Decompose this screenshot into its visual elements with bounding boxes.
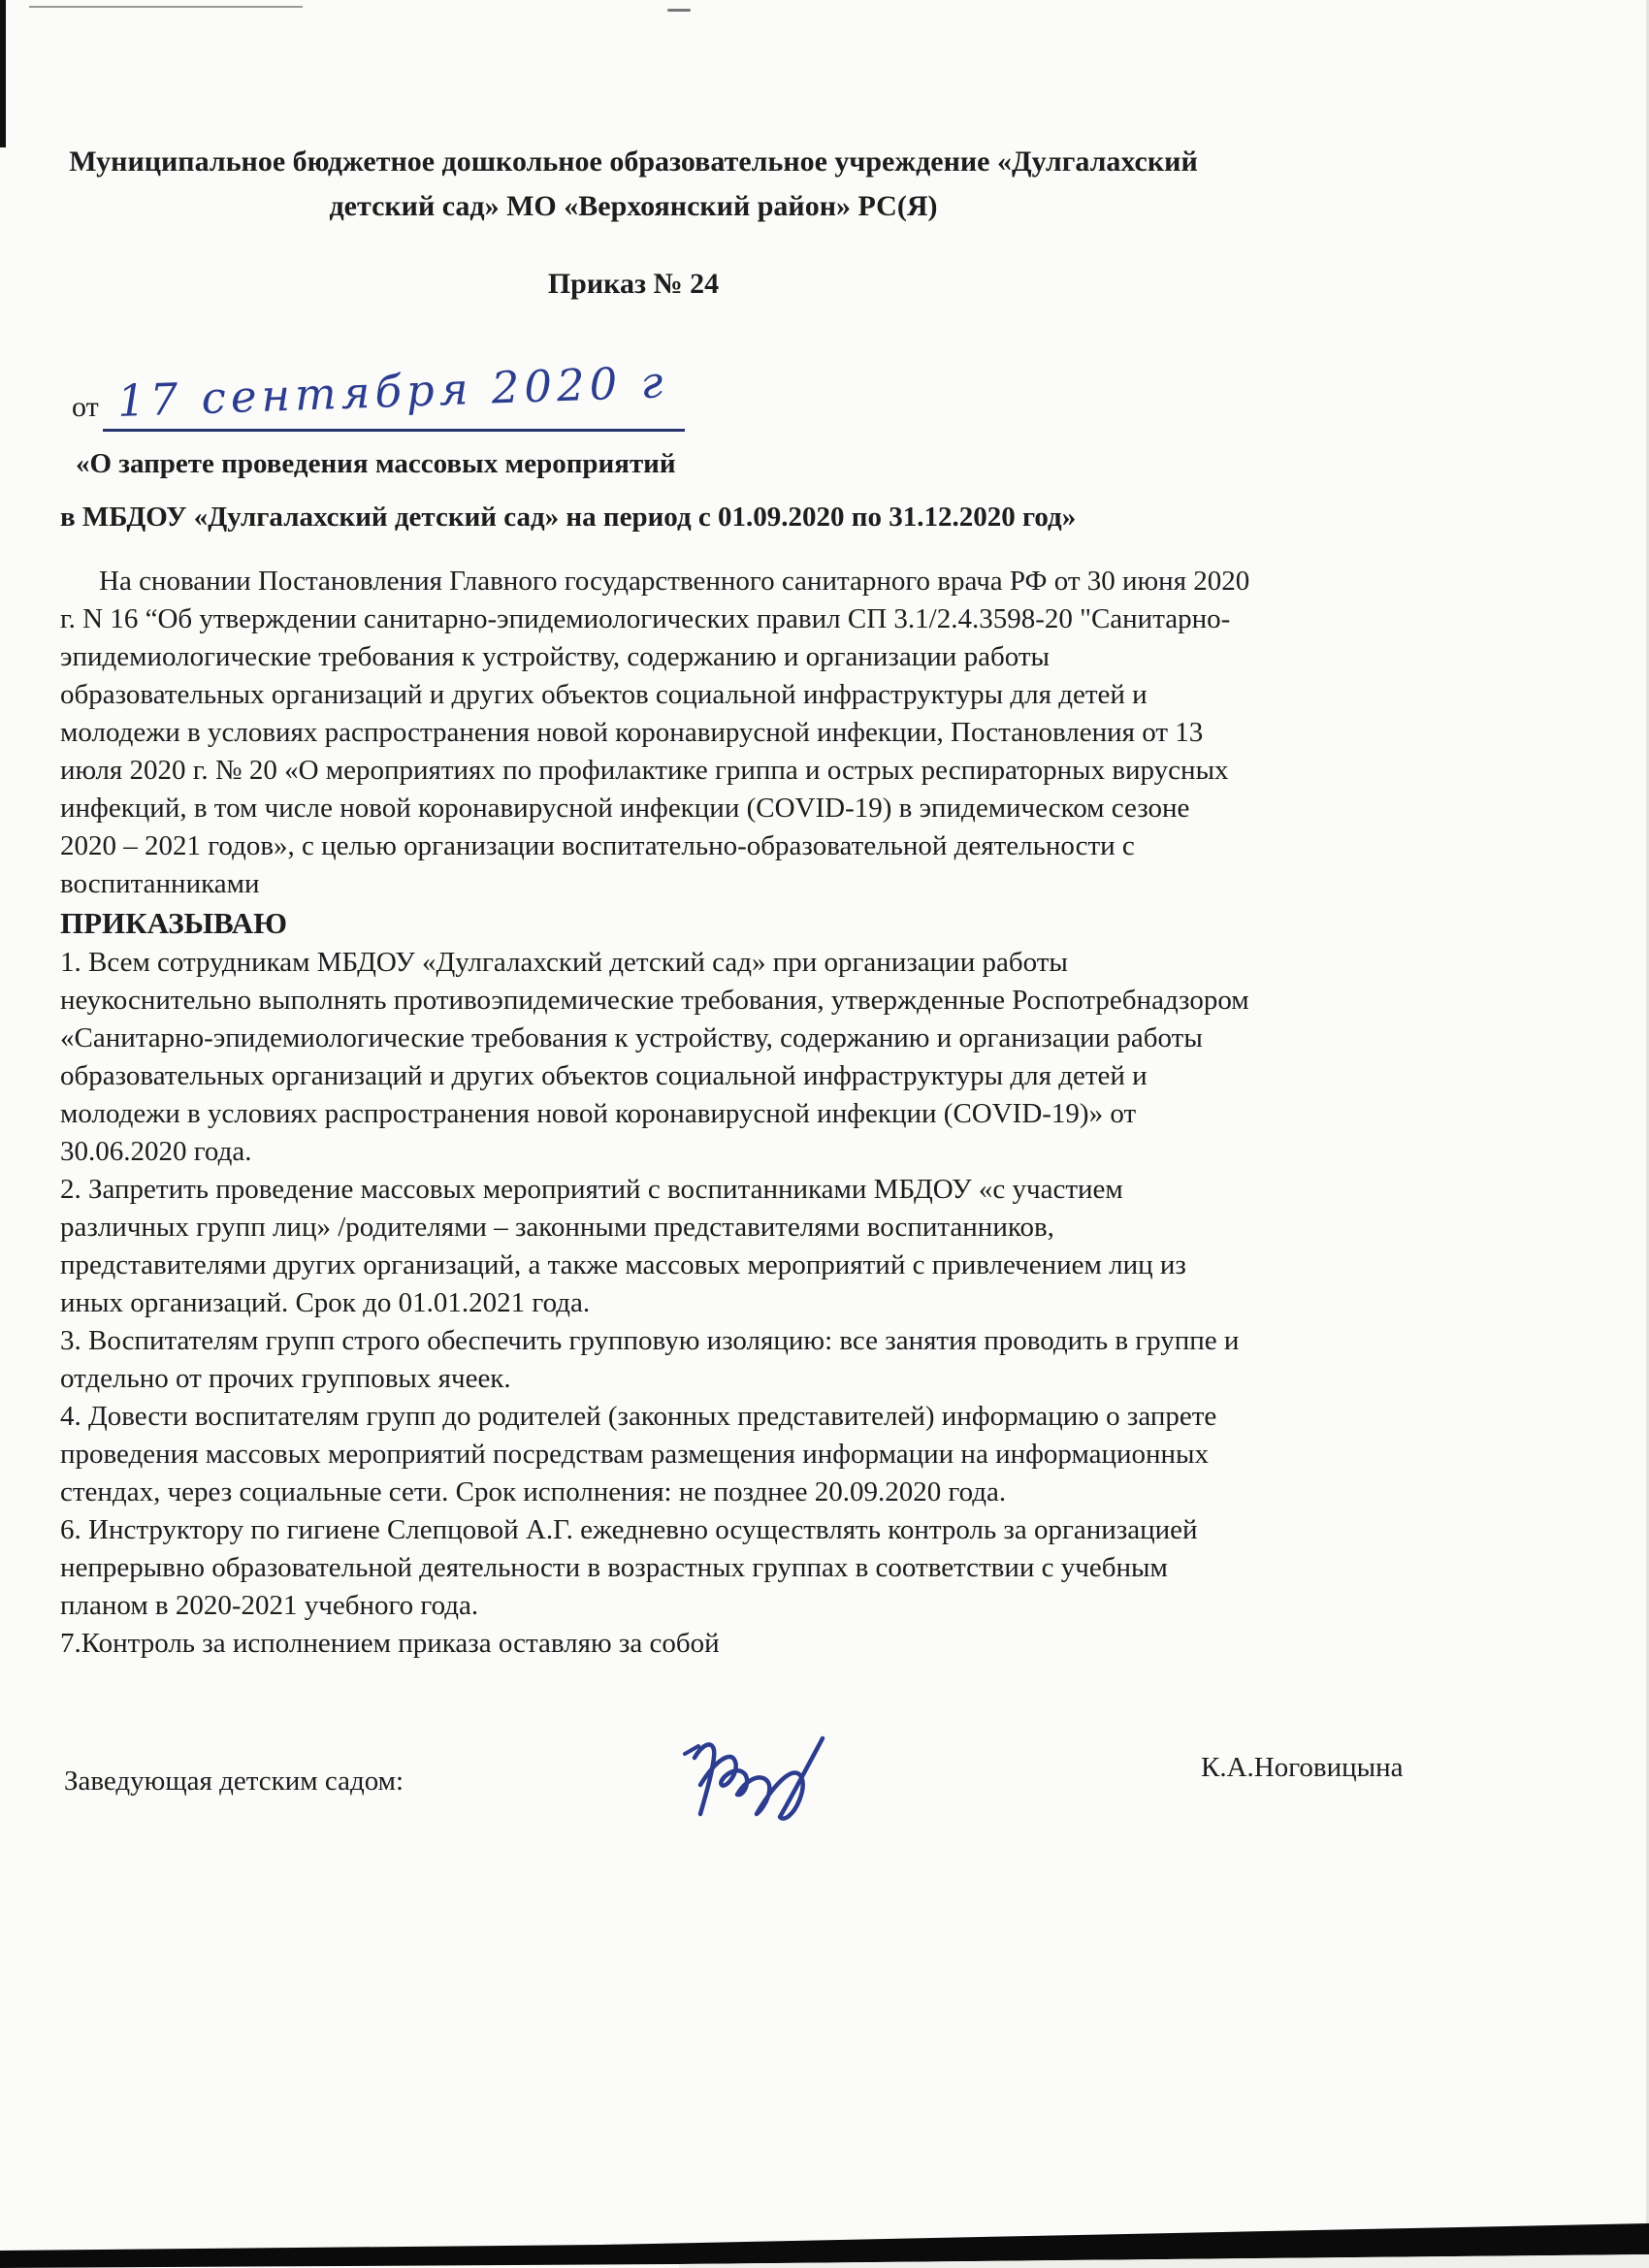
order-item-2: 2. Запретить проведение массовых меропри… bbox=[60, 1171, 1379, 1322]
signature-block: Заведующая детским садом: К.А.Ноговицына bbox=[0, 1725, 1649, 1831]
order-item-4: 4. Довести воспитателям групп до родител… bbox=[60, 1398, 1379, 1511]
scan-edge-mark-left bbox=[0, 0, 6, 147]
handwritten-date: 17 сентября 2020 г bbox=[116, 356, 668, 427]
order-item-7: 7.Контроль за исполнением приказа оставл… bbox=[60, 1625, 1379, 1663]
scan-line-top bbox=[29, 6, 303, 8]
order-subject-line2: в МБДОУ «Дулгалахский детский сад» на пе… bbox=[60, 502, 1649, 534]
signature-scribble-icon bbox=[679, 1725, 931, 1831]
organization-header: Муниципальное бюджетное дошкольное образ… bbox=[27, 0, 1240, 229]
order-date-row: от17 сентября 2020 г bbox=[72, 361, 1649, 433]
date-underline: 17 сентября 2020 г bbox=[103, 361, 685, 432]
order-subject-line1: «О запрете проведения массовых мероприят… bbox=[76, 448, 1649, 480]
order-item-1: 1. Всем сотрудникам МБДОУ «Дулгалахский … bbox=[60, 944, 1379, 1171]
date-prefix-label: от bbox=[72, 391, 99, 432]
order-number-title: Приказ № 24 bbox=[27, 268, 1240, 301]
signature-role-label: Заведующая детским садом: bbox=[64, 1766, 404, 1798]
decree-heading: ПРИКАЗЫВАЮ bbox=[60, 903, 1649, 944]
scan-edge-bottom bbox=[0, 2221, 1649, 2268]
signature-name: К.А.Ноговицына bbox=[1201, 1752, 1404, 1784]
scanned-order-page: Муниципальное бюджетное дошкольное образ… bbox=[0, 0, 1649, 2268]
order-preamble: На сновании Постановления Главного госуд… bbox=[60, 563, 1379, 903]
order-item-6: 6. Инструктору по гигиене Слепцовой А.Г.… bbox=[60, 1511, 1379, 1625]
order-item-3: 3. Воспитателям групп строго обеспечить … bbox=[60, 1322, 1379, 1398]
scan-dash-top bbox=[667, 9, 691, 12]
